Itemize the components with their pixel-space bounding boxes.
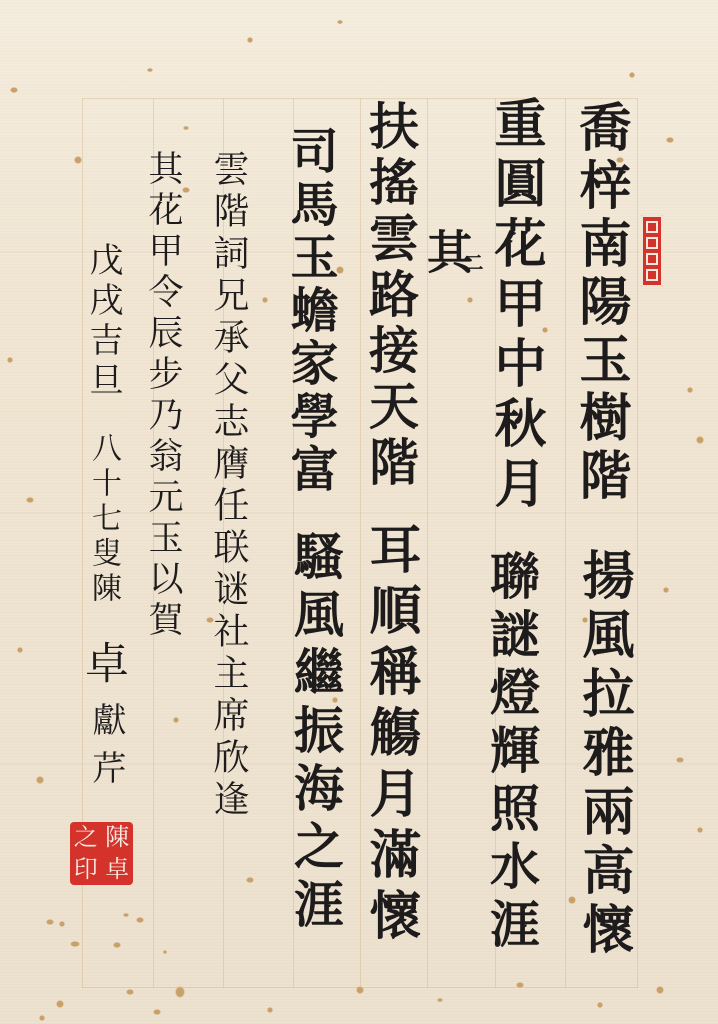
poem-col1-upper: 喬梓南陽玉樹階 [574, 100, 626, 506]
grid-bottom-border [82, 987, 638, 988]
poem-col5-lower: 騷風繼振海之涯 [290, 530, 340, 936]
poem-col4-lower: 耳順稱觴月滿懷 [364, 522, 416, 949]
seal-glyph [646, 269, 658, 281]
inscription-line2: 其花甲令辰步乃翁元玉以賀 [145, 150, 180, 642]
signature-date: 戊戌吉旦 [86, 242, 120, 402]
seal-char: 印 [70, 854, 102, 886]
signature-name: 卓 [80, 640, 124, 684]
grid-top-border [82, 98, 638, 99]
signature-closing: 獻芹 [89, 702, 123, 798]
grid-line [637, 98, 638, 988]
seal-char: 陳 [102, 822, 134, 854]
poem-col2-upper: 重圓花甲中秋月 [489, 96, 541, 516]
seal-char: 卓 [102, 854, 134, 886]
seal-char: 之 [70, 822, 102, 854]
seal-glyph [646, 221, 658, 233]
poem-col5-upper: 司馬玉蟾家學富 [286, 126, 334, 497]
name-seal: 陳 卓 之 印 [70, 822, 133, 885]
poem-col4-upper: 扶搖雲路接天階 [365, 100, 415, 492]
inscription-line1: 雲階詞兄承父志膺任联谜社主席欣逢 [210, 150, 246, 822]
section-marker-number: 二 [462, 252, 482, 272]
poem-col1-lower: 揚風拉雅兩高懷 [577, 548, 629, 961]
leisure-seal [641, 215, 663, 287]
calligraphy-sheet: 喬梓南陽玉樹階 揚風拉雅兩高懷 重圓花甲中秋月 聯謎燈輝照水涯 其 二 扶搖雲路… [0, 0, 718, 1024]
seal-glyph [646, 253, 658, 265]
seal-glyph [646, 237, 658, 249]
signature-author: 八十七叟陳 [88, 432, 118, 607]
poem-col2-lower: 聯謎燈輝照水涯 [486, 550, 536, 956]
grid-line [565, 98, 566, 988]
